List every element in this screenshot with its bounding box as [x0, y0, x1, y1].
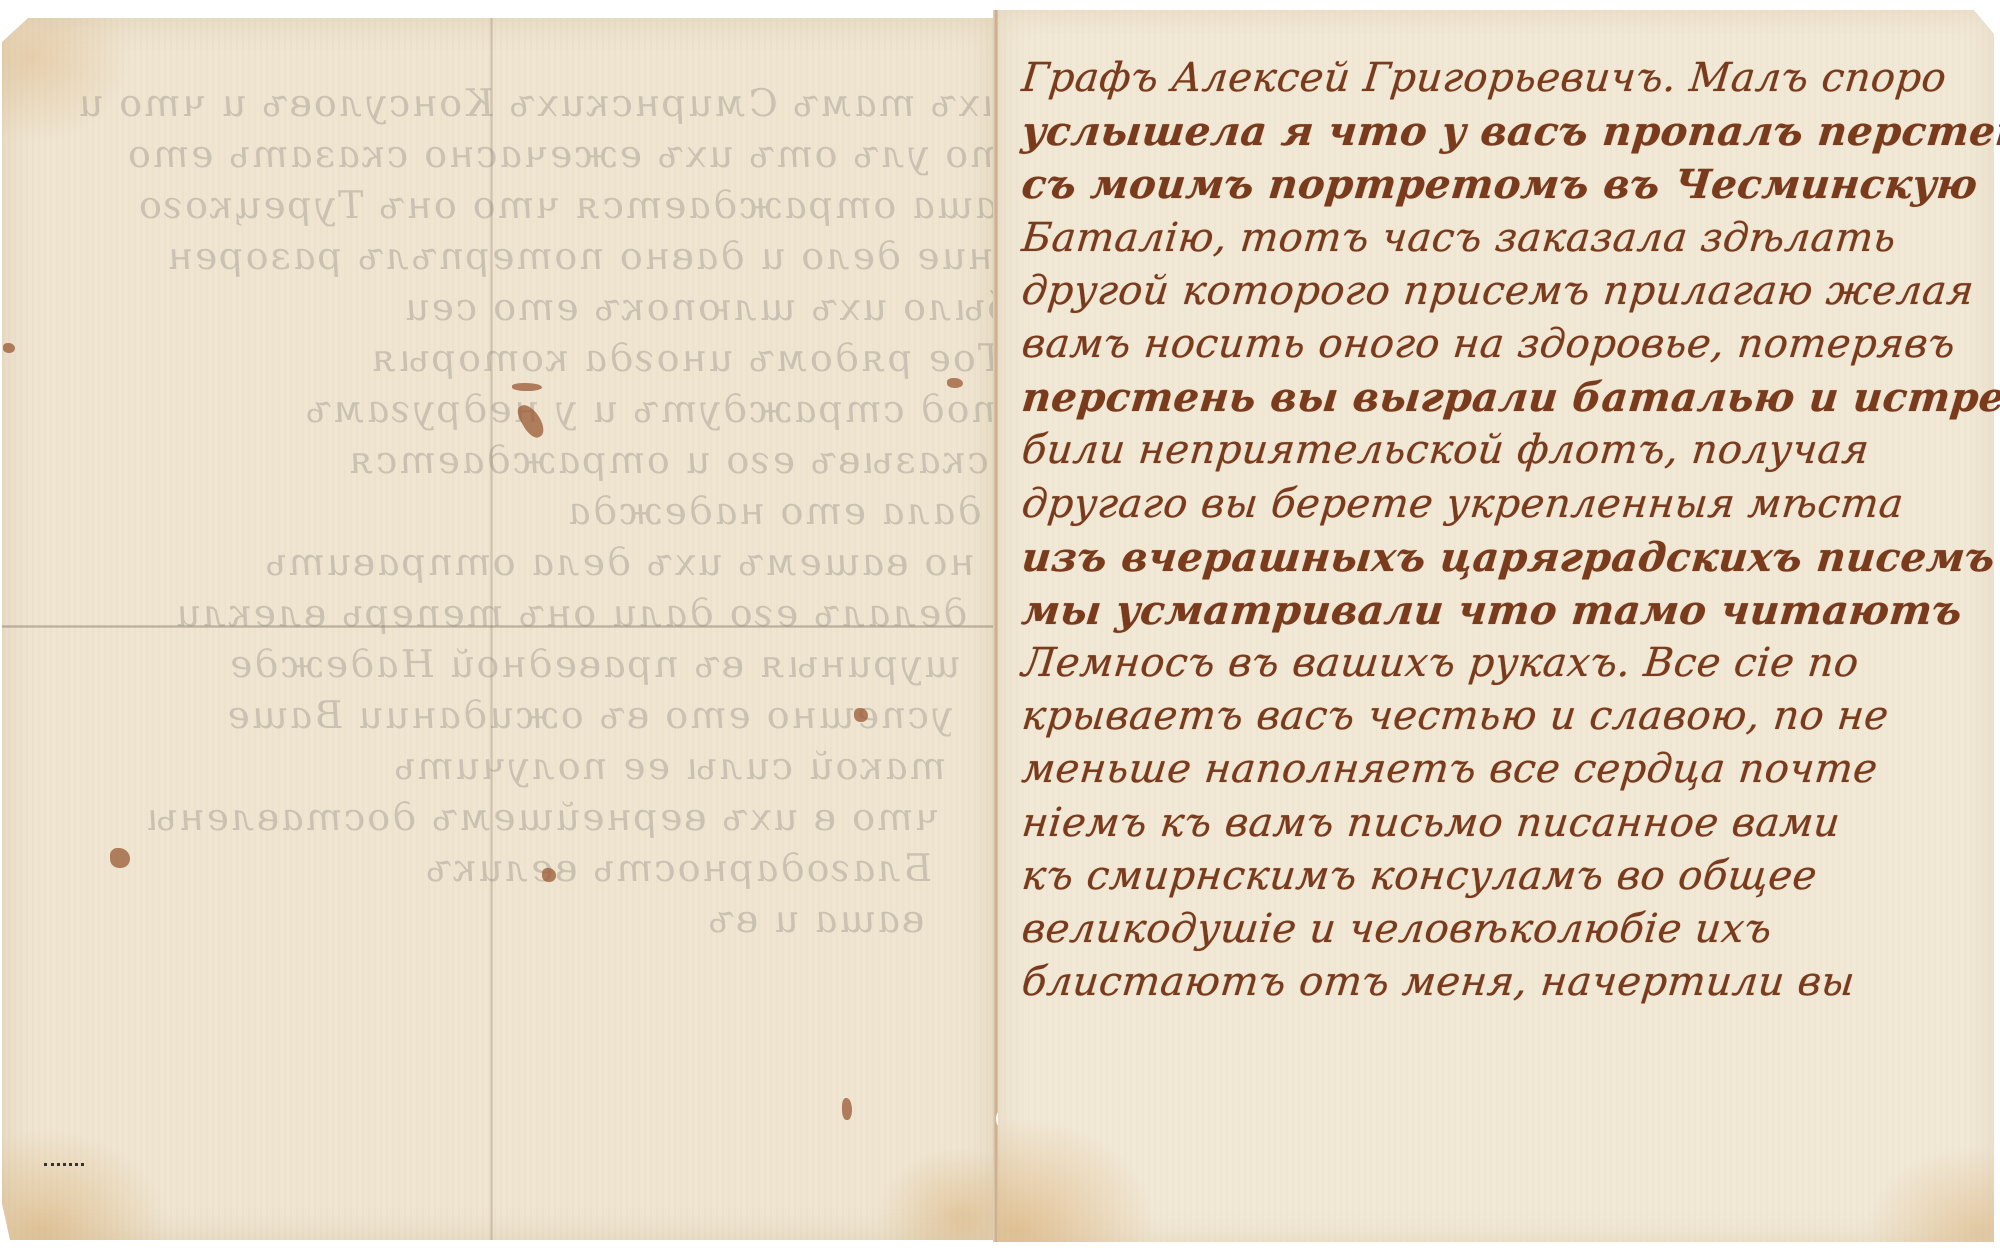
letter-line: крываетъ васъ честью и славою, по не: [1019, 690, 1985, 743]
bleed-line: такой силы ее получить: [0, 741, 950, 792]
letter-line: нiемъ къ вамъ письмо писанное вами: [1019, 797, 1985, 850]
letter-line: изъ вчерашныхъ царяградскихъ писемъ: [1019, 531, 1985, 584]
letter-line: мы усматривали что тамо читаютъ: [1019, 584, 1985, 637]
letter-line: блистаютъ отъ меня, начертили вы: [1019, 956, 1985, 1009]
letter-line: съ моимъ портретомъ въ Чесминскую: [1019, 158, 1985, 211]
ink-blot: [542, 868, 556, 882]
ink-blot: [110, 848, 130, 868]
letter-line-salutation: Графъ Алексей Григорьевичъ. Малъ споро: [1019, 52, 1985, 105]
bleed-line: было ихъ шлюпокъ ето сеи: [47, 282, 1014, 333]
bleed-through-text: рыхъ тамъ Смирнскихъ Консуловъ и что изъ…: [0, 78, 1043, 945]
manuscript-sheet: рыхъ тамъ Смирнскихъ Консуловъ и что изъ…: [0, 0, 2000, 1251]
bleed-line: шуриныя въ праведной Надежде: [0, 639, 964, 690]
ink-blot: [947, 378, 963, 388]
bleed-line: что в ихъ вернейшемъ доставлены: [0, 792, 943, 843]
bleed-line: рыхъ тамъ Смирнскихъ Консуловъ и что изъ: [76, 78, 1043, 129]
letter-line: Баталiю, тотъ часъ заказала здѣлать: [1019, 212, 1985, 265]
letter-line: меньше наполняетъ все сердца почте: [1019, 743, 1985, 796]
letter-line: Лемносъ въ вашихъ рукахъ. Все сiе по: [1019, 637, 1985, 690]
bleed-line: что улъ отъ ихъ ежечасно сказать ето: [69, 129, 1036, 180]
letter-line: били неприятельской флотъ, получая: [1019, 424, 1985, 477]
bleed-line: ваша и въ: [0, 894, 928, 945]
ink-dots: [44, 1163, 84, 1172]
bleed-line: Тое рядомъ иногда которыя: [40, 333, 1007, 384]
bleed-line: но вашемъ ихъ дела отправить: [11, 537, 978, 588]
bleed-line: под страждутъ и у недругамъ: [33, 384, 1000, 435]
bleed-line: Благодарность великъ: [0, 843, 935, 894]
letter-line: вамъ носить оного на здоровье, потерявъ: [1019, 318, 1985, 371]
letter-line: великодушiе и человѣколюбiе ихъ: [1019, 903, 1985, 956]
letter-text: Графъ Алексей Григорьевичъ. Малъ споро у…: [1022, 52, 1982, 1009]
letter-line: другаго вы берете укрепленныя мѣста: [1019, 478, 1985, 531]
left-page-verso: рыхъ тамъ Смирнскихъ Консуловъ и что изъ…: [2, 18, 994, 1240]
vertical-fold-line: [490, 18, 493, 1240]
bleed-line: наша отраждается что онъ Турецкого: [61, 180, 1028, 231]
letter-line: перстень вы выграли баталью и истре: [1019, 371, 1985, 424]
ink-blot: [512, 383, 542, 391]
bleed-line: дала ето надежда: [18, 486, 985, 537]
horizontal-fold-line: [2, 625, 994, 628]
letter-line: услышела я что у васъ пропалъ перстенъ: [1019, 105, 1985, 158]
bleed-line: сказывъ его и отраждается: [26, 435, 993, 486]
bleed-line: успешно ето въ ожидании Ваше: [0, 690, 957, 741]
ink-blot: [842, 1098, 852, 1120]
bleed-line: делалъ его дали онъ теперь влекли: [4, 588, 971, 639]
letter-line: другой которого присемъ прилагаю желая: [1019, 265, 1985, 318]
ink-blot: [854, 708, 868, 722]
bleed-line: ение дело и давно потерпълъ разорен: [54, 231, 1021, 282]
letter-line: къ смирнскимъ консуламъ во общее: [1019, 850, 1985, 903]
ink-blot: [3, 343, 15, 353]
